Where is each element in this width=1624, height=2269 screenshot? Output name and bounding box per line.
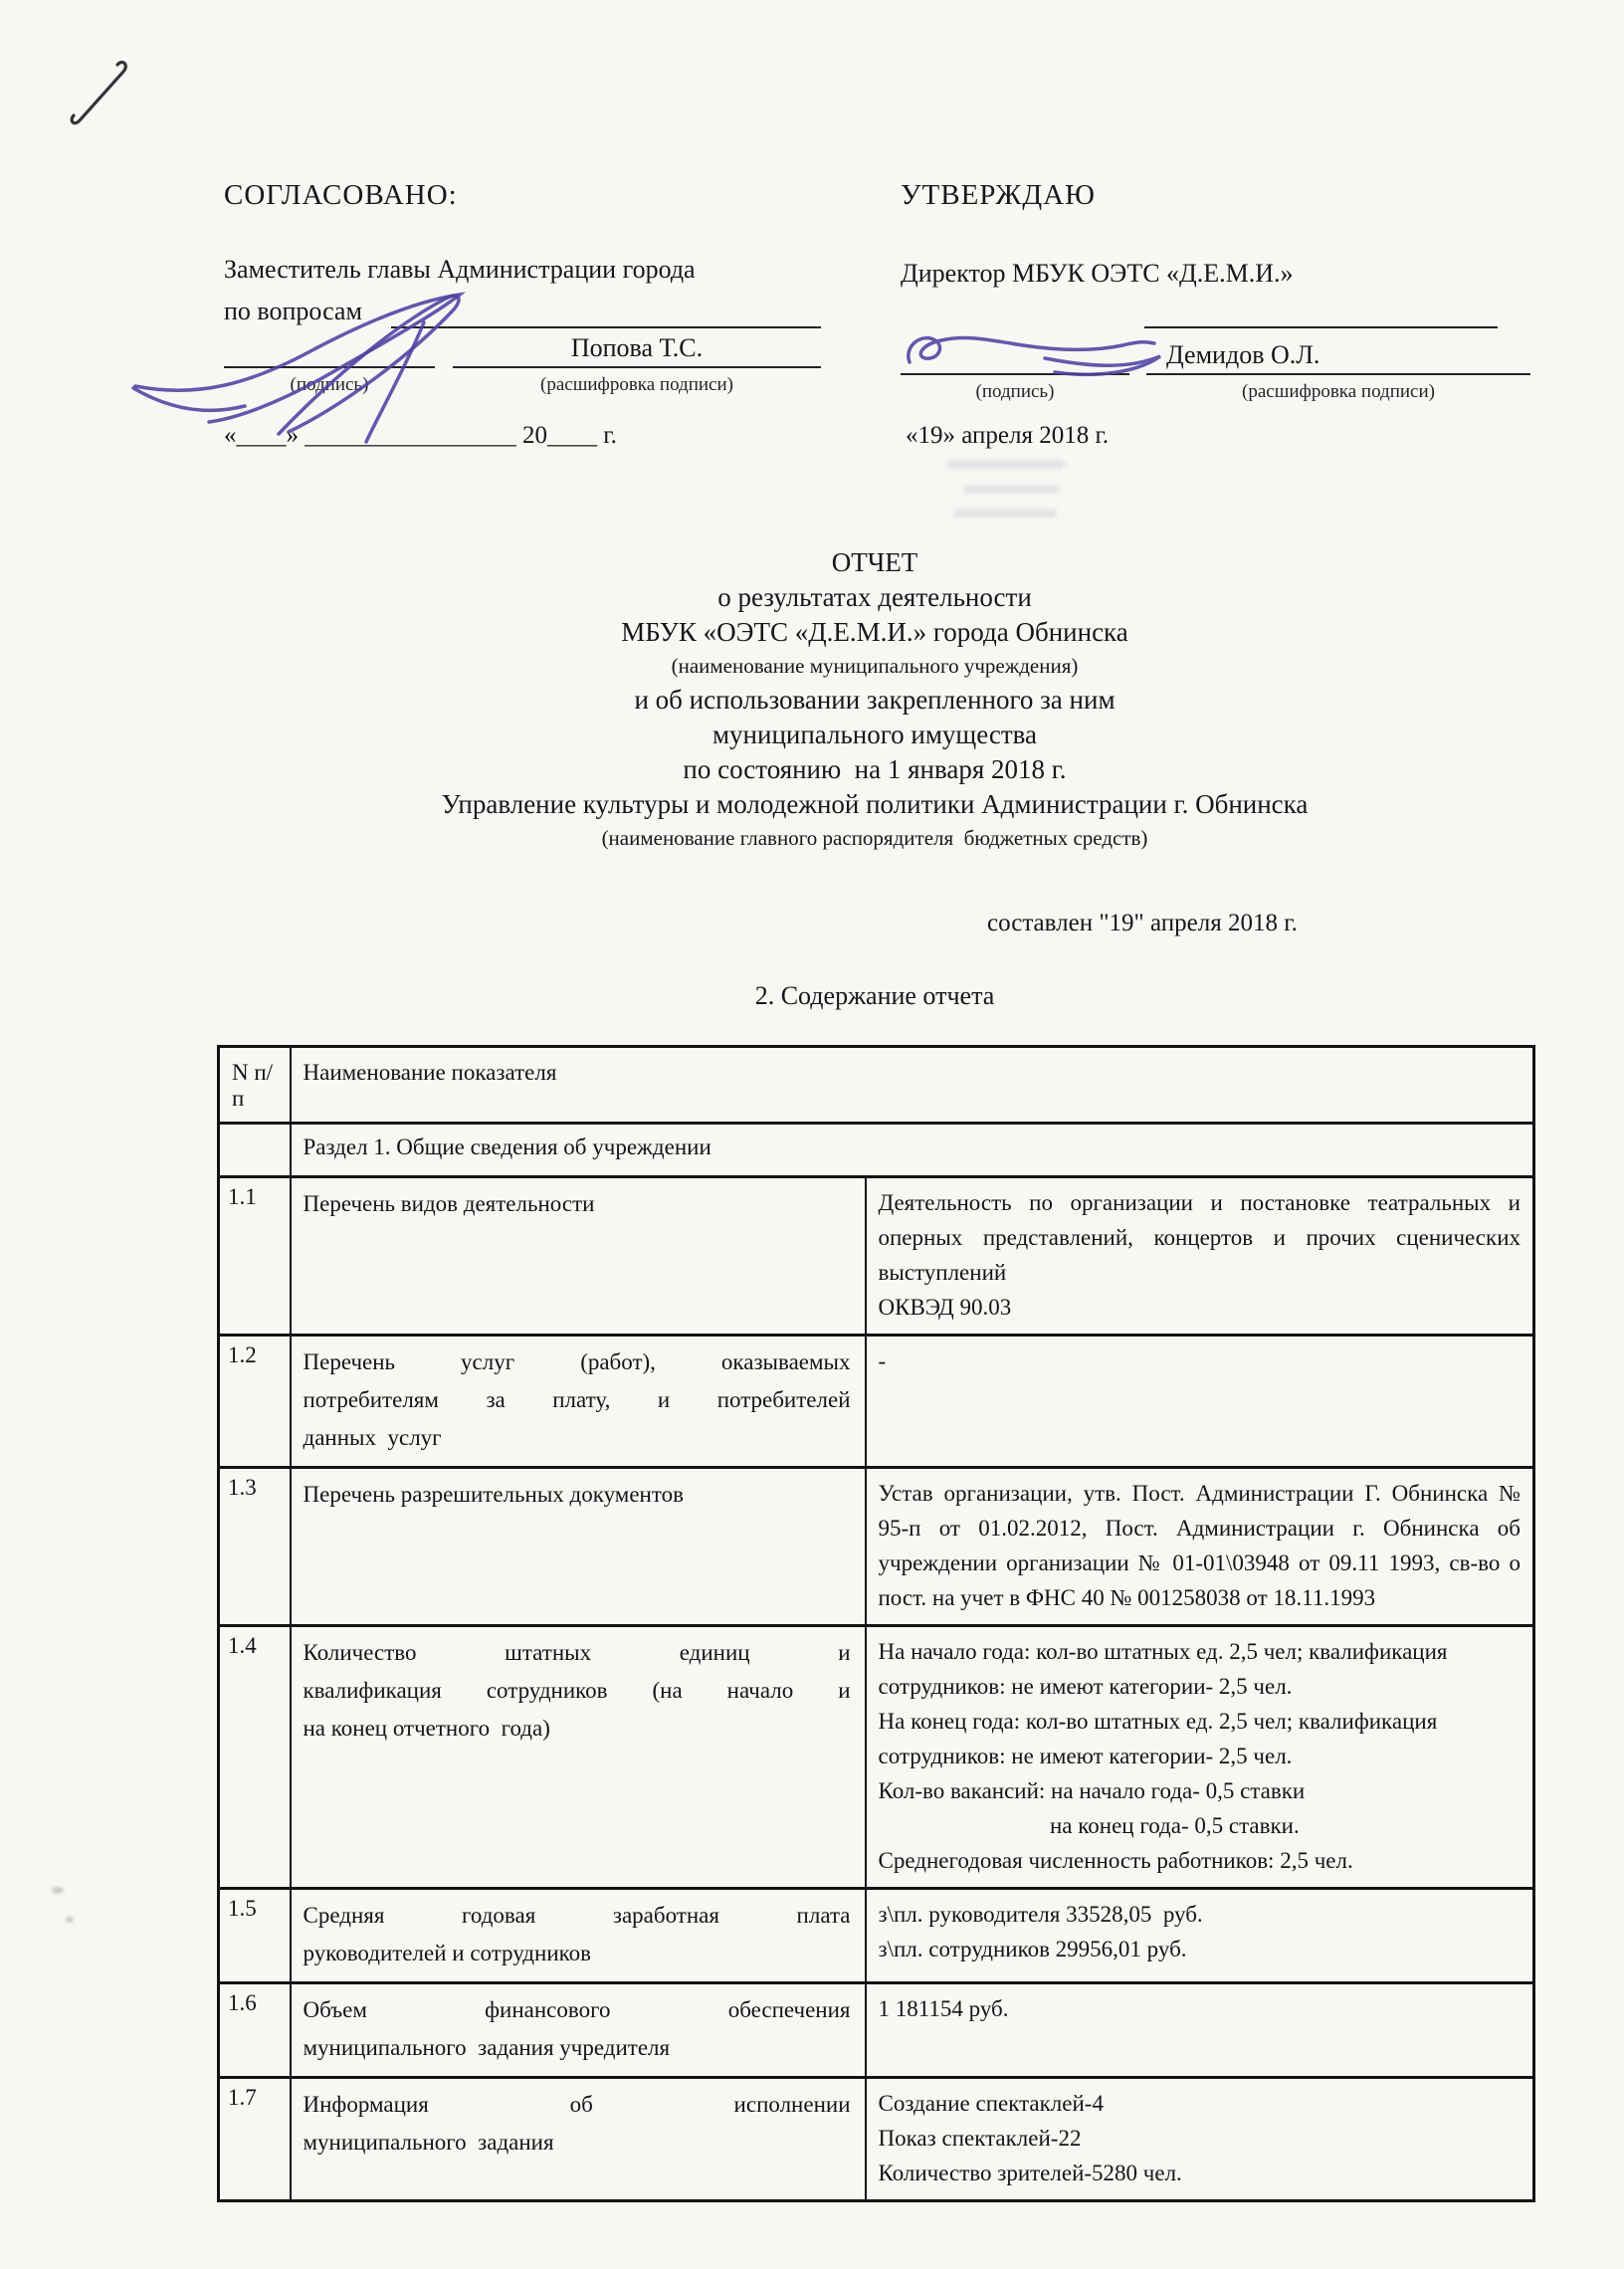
approved-name-caption: (расшифровка подписи) <box>1146 381 1530 403</box>
row-indicator-value: Устав организации, утв. Пост. Администра… <box>866 1468 1534 1626</box>
text-line: муниципального задания учредителя <box>304 2029 851 2067</box>
text-line: На начало года: кол-во штатных ед. 2,5 ч… <box>879 1634 1522 1669</box>
row-indicator-value: На начало года: кол-во штатных ед. 2,5 ч… <box>866 1626 1534 1889</box>
text-line: На конец года: кол-во штатных ед. 2,5 че… <box>879 1704 1522 1739</box>
section-heading: 2. Содержание отчета <box>217 981 1532 1011</box>
text-line: Перечень видов деятельности <box>304 1185 851 1223</box>
row-indicator-name: Перечень услуг (работ), оказываемыхпотре… <box>291 1336 866 1468</box>
report-table-body: N п/п Наименование показателя Раздел 1. … <box>219 1047 1534 2201</box>
row-indicator-name: Объем финансового обеспечениямуниципальн… <box>291 1983 866 2078</box>
row-number: 1.7 <box>219 2078 291 2201</box>
section-num <box>219 1124 291 1177</box>
row-indicator-name: Перечень разрешительных документов <box>291 1468 866 1626</box>
text-line: Средняя годовая заработная плата <box>304 1897 851 1935</box>
text-line: Информация об исполнении <box>304 2086 851 2124</box>
text-line: Кол-во вакансий: на начало года- 0,5 ста… <box>879 1773 1522 1808</box>
approved-signature-ink <box>894 314 1182 386</box>
composed-date-line: составлен "19" апреля 2018 г. <box>987 910 1298 937</box>
ink-bleed-mark <box>953 510 1057 517</box>
agreed-title: СОГЛАСОВАНО: <box>224 179 458 212</box>
text-line: Устав организации, утв. Пост. Администра… <box>879 1476 1522 1615</box>
agreed-role-line1: Заместитель главы Администрации города <box>224 255 696 285</box>
report-title-line: муниципального имущества <box>217 718 1532 752</box>
row-indicator-value: Создание спектаклей-4Показ спектаклей-22… <box>866 2078 1534 2201</box>
row-indicator-name: Количество штатных единиц иквалификация … <box>291 1626 866 1889</box>
row-indicator-name: Информация об исполнениимуниципального з… <box>291 2078 866 2201</box>
table-row: 1.3Перечень разрешительных документовУст… <box>219 1468 1534 1626</box>
ink-bleed-mark <box>963 486 1059 494</box>
text-line: Количество зрителей-5280 чел. <box>879 2156 1522 2190</box>
table-row: 1.5Средняя годовая заработная платаруков… <box>219 1889 1534 1983</box>
text-line: з\пл. сотрудников 29956,01 руб. <box>879 1932 1522 1966</box>
header-num: N п/п <box>219 1047 291 1124</box>
table-row: 1.1Перечень видов деятельностиДеятельнос… <box>219 1177 1534 1336</box>
text-line: ОКВЭД 90.03 <box>879 1290 1522 1325</box>
row-indicator-name: Перечень видов деятельности <box>291 1177 866 1336</box>
report-title-line: и об использовании закрепленного за ним <box>217 683 1532 718</box>
pen-slash-mark <box>60 52 143 129</box>
text-line: сотрудников: не имеют категории- 2,5 чел… <box>879 1739 1522 1773</box>
approved-role-blank-line <box>1144 326 1498 328</box>
row-indicator-value: Деятельность по организации и постановке… <box>866 1177 1534 1336</box>
table-row: 1.4Количество штатных единиц иквалификац… <box>219 1626 1534 1889</box>
row-indicator-value: - <box>866 1336 1534 1468</box>
text-line: руководителей и сотрудников <box>304 1935 851 1972</box>
text-line: квалификация сотрудников (на начало и <box>304 1672 851 1710</box>
row-indicator-value: з\пл. руководителя 33528,05 руб.з\пл. со… <box>866 1889 1534 1983</box>
agreed-signature-ink <box>127 289 535 446</box>
text-line: данных услуг <box>304 1419 851 1457</box>
report-title-line: МБУК «ОЭТС «Д.Е.М.И.» города Обнинска <box>217 615 1532 650</box>
text-line: потребителям за плату, и потребителей <box>304 1381 851 1419</box>
text-line: Создание спектаклей-4 <box>879 2086 1522 2121</box>
text-line: Объем финансового обеспечения <box>304 1991 851 2029</box>
text-line: Количество штатных единиц и <box>304 1634 851 1672</box>
scan-speck <box>66 1917 74 1923</box>
text-line: 1 181154 руб. <box>879 1991 1522 2026</box>
report-title-line: по состоянию на 1 января 2018 г. <box>217 752 1532 787</box>
approved-title: УТВЕРЖДАЮ <box>901 179 1096 212</box>
row-number: 1.2 <box>219 1336 291 1468</box>
table-row: 1.2Перечень услуг (работ), оказываемыхпо… <box>219 1336 1534 1468</box>
text-line: - <box>879 1343 1522 1378</box>
table-header-row: N п/п Наименование показателя <box>219 1047 1534 1124</box>
approved-date: «19» апреля 2018 г. <box>906 422 1109 450</box>
header-indicator-name: Наименование показателя <box>291 1047 1534 1124</box>
text-line: муниципального задания <box>304 2124 851 2162</box>
text-line: на конец года- 0,5 ставки. <box>879 1808 1522 1843</box>
text-line: сотрудников: не имеют категории- 2,5 чел… <box>879 1669 1522 1704</box>
text-line: Деятельность по организации и постановке… <box>879 1185 1522 1290</box>
row-number: 1.3 <box>219 1468 291 1626</box>
scan-speck <box>52 1887 64 1894</box>
report-title-block: ОТЧЕТ о результатах деятельности МБУК «О… <box>217 545 1532 855</box>
report-title-caption: (наименование главного распорядителя бюд… <box>217 822 1532 855</box>
approved-signer-name: Демидов О.Л. <box>1166 340 1319 370</box>
text-line: Перечень услуг (работ), оказываемых <box>304 1343 851 1381</box>
table-row: 1.7Информация об исполнениимуниципальног… <box>219 2078 1534 2201</box>
row-indicator-name: Средняя годовая заработная платаруководи… <box>291 1889 866 1983</box>
text-line: на конец отчетного года) <box>304 1710 851 1748</box>
ink-bleed-mark <box>947 460 1065 469</box>
report-title-line: Управление культуры и молодежной политик… <box>217 787 1532 822</box>
text-line: Среднегодовая численность работников: 2,… <box>879 1843 1522 1878</box>
report-title-line: о результатах деятельности <box>217 580 1532 615</box>
row-number: 1.1 <box>219 1177 291 1336</box>
approved-name-line <box>1146 373 1530 375</box>
section-label: Раздел 1. Общие сведения об учреждении <box>291 1124 1534 1177</box>
scanned-report-page: { "document": { "approval_left": { "titl… <box>0 0 1624 2269</box>
table-section-row: Раздел 1. Общие сведения об учреждении <box>219 1124 1534 1177</box>
text-line: Показ спектаклей-22 <box>879 2121 1522 2156</box>
row-indicator-value: 1 181154 руб. <box>866 1983 1534 2078</box>
text-line: з\пл. руководителя 33528,05 руб. <box>879 1897 1522 1932</box>
row-number: 1.4 <box>219 1626 291 1889</box>
report-title-caption: (наименование муниципального учреждения) <box>217 650 1532 683</box>
row-number: 1.6 <box>219 1983 291 2078</box>
text-line: Перечень разрешительных документов <box>304 1476 851 1514</box>
approved-role-line1: Директор МБУК ОЭТС «Д.Е.М.И.» <box>901 259 1294 289</box>
row-number: 1.5 <box>219 1889 291 1983</box>
report-table: N п/п Наименование показателя Раздел 1. … <box>217 1045 1535 2202</box>
table-row: 1.6Объем финансового обеспечениямуниципа… <box>219 1983 1534 2078</box>
report-title-line: ОТЧЕТ <box>217 545 1532 580</box>
